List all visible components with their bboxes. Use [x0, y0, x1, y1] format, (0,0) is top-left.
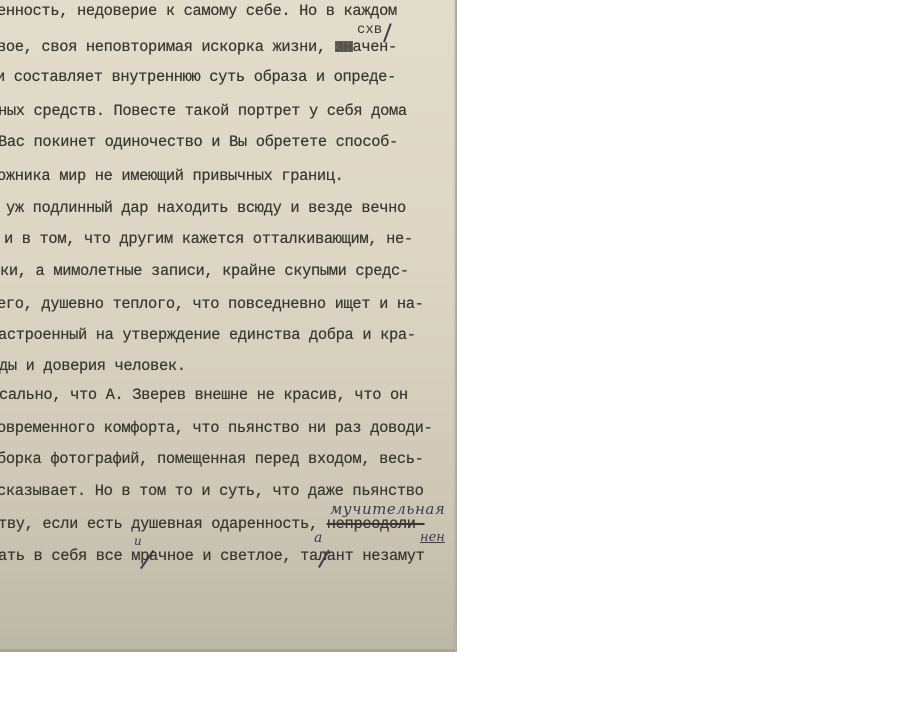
struck-word: непреодоли-: [327, 515, 425, 533]
text-line: ожника мир не имеющий привычных границ.: [0, 167, 344, 185]
text-line: овременного комфорта, что пьянство ни ра…: [0, 419, 432, 437]
text-line: ать в себя все мрачное и светлое, талант…: [0, 547, 425, 565]
text-line: Вас покинет одиночество и Вы обретете сп…: [0, 133, 398, 151]
text-line: и в том, что другим кажется отталкивающи…: [4, 230, 413, 248]
overtyped-fragment: зн: [335, 38, 353, 56]
text-line: уж подлинный дар находить всюду и везде …: [6, 199, 406, 217]
text-line: ных средств. Повесте такой портрет у себ…: [0, 102, 407, 120]
text-line: сказывает. Но в том то и суть, что даже …: [0, 482, 424, 500]
text-line: борка фотографий, помещенная перед входо…: [0, 450, 424, 468]
typed-insert-above: схв: [357, 22, 382, 38]
text-line: астроенный на утверждение единства добра…: [0, 326, 416, 344]
text-line: енность, недоверие к самому себе. Но в к…: [0, 2, 397, 20]
text-line: тву, если есть душевная одаренность, неп…: [0, 515, 425, 533]
handwritten-insert: а: [314, 530, 322, 546]
text-line: ки, а мимолетные записи, крайне скупыми …: [0, 262, 409, 280]
handwritten-insert: и: [134, 534, 142, 548]
document-page: енность, недоверие к самому себе. Но в к…: [0, 0, 457, 652]
text-line: его, душевно теплого, что повседневно ищ…: [0, 295, 424, 313]
text-line: и составляет внутреннюю суть образа и оп…: [0, 68, 396, 86]
handwritten-insert: нен: [420, 530, 445, 545]
text-line: ды и доверия человек.: [0, 357, 186, 375]
text-line: вое, своя неповторимая искорка жизни, зн…: [0, 38, 397, 56]
text-line: сально, что А. Зверев внешне не красив, …: [0, 386, 408, 404]
